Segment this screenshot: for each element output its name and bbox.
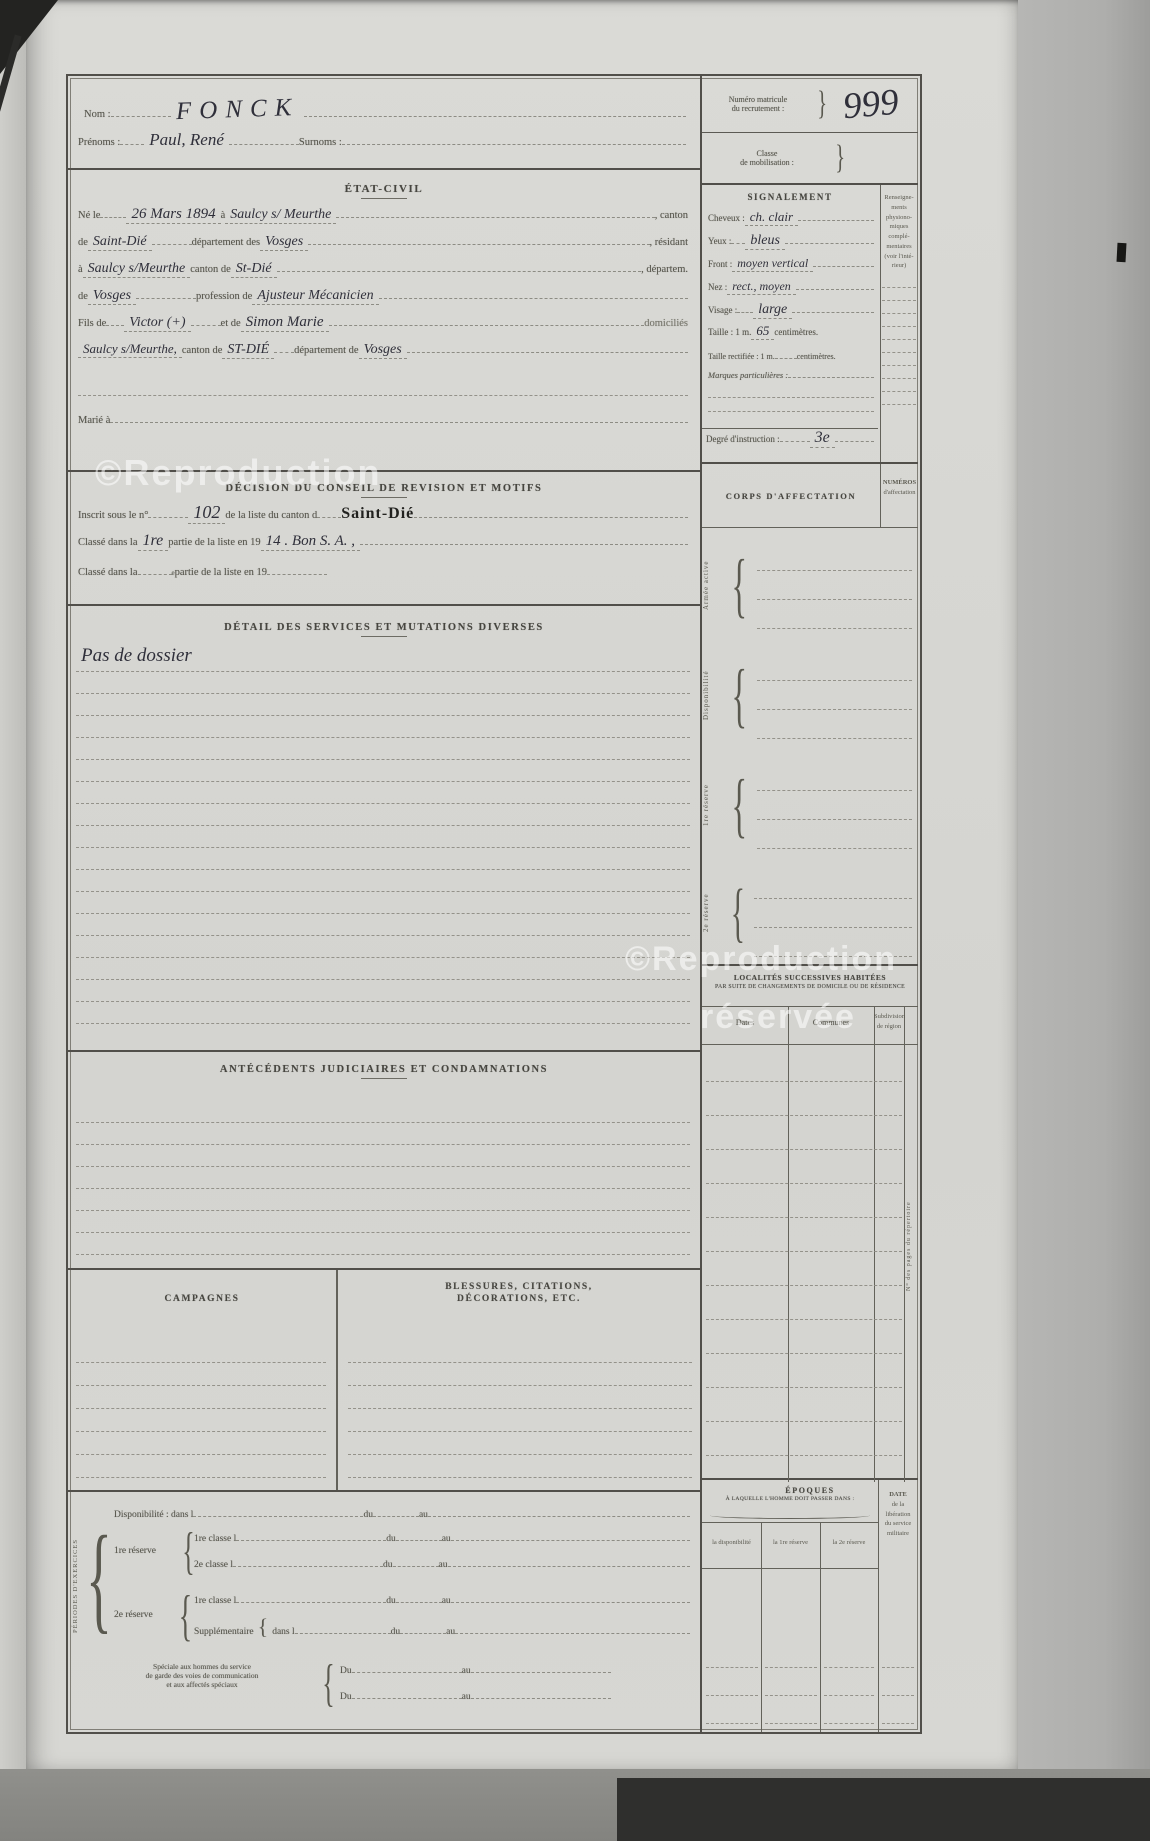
blank-ruled-line: [706, 1320, 902, 1354]
services-section: DÉTAIL DES SERVICES ET MUTATIONS DIVERSE…: [68, 606, 700, 1052]
blank-line: [136, 286, 196, 299]
blessures-header-line1: BLESSURES, CITATIONS,: [338, 1282, 700, 1292]
blank-line: [191, 313, 221, 326]
epoques-curly-rule: [710, 1512, 870, 1519]
campagnes-rows: [76, 1340, 326, 1478]
blank-ruled-line: [882, 301, 916, 314]
taille-unit: centimètres.: [774, 327, 818, 337]
matricule-form: Nom : FONCK Prénoms : Paul, René Surnoms…: [66, 74, 922, 1734]
reserve2-corps-label: 2e réserve: [702, 870, 722, 956]
blank-line: [471, 1686, 611, 1699]
front-label: Front :: [708, 259, 732, 269]
annee-decision-value: 14 . Bon S. A. ,: [261, 533, 360, 551]
blank-ruled-line: [706, 1388, 902, 1422]
scan-bottom-dark-block: [617, 1778, 1150, 1841]
epoques-cell-lines: [824, 1640, 874, 1724]
reserve1-group: 1re réserve { 1re classe l du au 2e clas…: [114, 1528, 690, 1582]
profession-label: profession de: [196, 291, 252, 302]
canton-label: , canton: [655, 210, 688, 221]
blank-ruled-line: [706, 1082, 902, 1116]
blank-ruled-line: [757, 820, 912, 849]
au-label: au: [439, 1560, 448, 1570]
fils-de-label: Fils de: [78, 318, 106, 329]
campagnes-header: CAMPAGNES: [165, 1294, 240, 1304]
au-label: au: [462, 1666, 471, 1676]
epoques-cell-lines: [882, 1640, 914, 1724]
blank-line: [308, 232, 649, 245]
epoques-cell-lines: [765, 1640, 817, 1724]
epoques-cell-lines: [706, 1640, 758, 1724]
reserve2-group: 2e réserve { 1re classe l du au Suppléme…: [114, 1590, 690, 1648]
blank-line: [100, 205, 126, 218]
visage-label: Visage :: [708, 305, 737, 315]
epoques-subtitle: À LAQUELLE L'HOMME DOIT PASSER DANS :: [702, 1496, 878, 1502]
side-note-line: rieur): [882, 261, 916, 271]
domicilies-label: domiciliés: [644, 318, 688, 329]
blank-ruled-line: [757, 600, 912, 629]
blank-ruled-line: [76, 1145, 690, 1167]
taille-rectifiee-unit: centimètres.: [797, 352, 836, 361]
blank-line: [451, 1590, 690, 1603]
blank-ruled-line: [882, 314, 916, 327]
blank-ruled-line: [882, 1640, 914, 1668]
side-note-line: (voir l'inté-: [882, 252, 916, 262]
blank-ruled-line: [757, 791, 912, 820]
departement-label: département des: [192, 237, 261, 248]
disponibilite-label: Disponibilité : dans l: [114, 1510, 193, 1520]
blank-ruled-line: [882, 353, 916, 366]
blank-line: [813, 254, 874, 267]
reserve2-classe1-label: 1re classe l: [194, 1596, 236, 1606]
blank-ruled-line: [706, 1668, 758, 1696]
signalement-side-divider: [880, 185, 881, 462]
name-block: Nom : FONCK Prénoms : Paul, René Surnoms…: [68, 76, 700, 170]
du-label: du: [386, 1534, 396, 1544]
decision-title: DÉCISION DU CONSEIL DE REVISION ET MOTIF…: [68, 483, 700, 494]
corps-body: Armée active { Disponibilité { 1re réser…: [702, 530, 918, 966]
degre-row: Degré d'instruction : 3e: [702, 428, 878, 462]
liste-numero-value: 102: [188, 502, 225, 524]
classe-partie2-label: Classé dans la: [78, 567, 138, 578]
blank-line: [304, 104, 686, 117]
blank-line: [379, 286, 688, 299]
localites-rows: [706, 1048, 902, 1456]
blank-ruled-line: [882, 1668, 914, 1696]
blank-ruled-line: [824, 1696, 874, 1724]
blank-line: [792, 300, 874, 313]
blank-line: [111, 104, 171, 117]
side-note-line: complé-: [882, 232, 916, 242]
epoque-reserve2-header: la 2e réserve: [820, 1538, 878, 1548]
du-label: Du: [340, 1692, 352, 1702]
decision-conseil-section: DÉCISION DU CONSEIL DE REVISION ET MOTIF…: [68, 472, 700, 606]
side-note-line: mentaires: [882, 242, 916, 252]
prenoms-value: Paul, René: [144, 130, 229, 150]
blank-line: [471, 1660, 611, 1673]
blank-ruled-line: [76, 826, 690, 848]
blank-ruled-line: [706, 1048, 902, 1082]
au-label: au: [442, 1534, 451, 1544]
campagnes-table: CAMPAGNES BLESSURES, CITATIONS, DÉCORATI…: [68, 1270, 700, 1492]
blank-line: [407, 340, 688, 353]
blank-ruled-line: [76, 980, 690, 1002]
blank-line: [785, 231, 874, 244]
blank-ruled-line: [706, 1116, 902, 1150]
classe-label-line2: de mobilisation :: [702, 158, 832, 167]
blank-ruled-line: [348, 1386, 692, 1409]
etat-civil-section: ÉTAT-CIVIL Né le 26 Mars 1894 à Saulcy s…: [68, 170, 700, 472]
reserve1-brace: {: [182, 1526, 194, 1578]
visage-value: large: [753, 302, 792, 319]
blessures-header-line2: DÉCORATIONS, ETC.: [338, 1294, 700, 1304]
blank-ruled-line: [757, 571, 912, 600]
date-header-line3: du service militaire: [880, 1519, 916, 1539]
classe-label-line1: Classe: [702, 149, 832, 158]
blank-ruled-line: [882, 340, 916, 353]
blank-ruled-line: [76, 716, 690, 738]
cheveux-label: Cheveux :: [708, 213, 745, 223]
date-header-line2: de la libération: [880, 1500, 916, 1520]
departement-label: département de: [294, 345, 358, 356]
numeros-header-line2: d'affectation: [881, 488, 918, 498]
group-brace: {: [731, 880, 745, 946]
blessures-rows: [348, 1340, 692, 1478]
localites-header-bottomline: [702, 1044, 918, 1045]
blank-ruled-line: [78, 373, 688, 396]
blank-ruled-line: [706, 1286, 902, 1320]
blank-ruled-line: [348, 1432, 692, 1455]
signalement-main: SIGNALEMENT Cheveux :ch. clair Yeux :ble…: [702, 185, 878, 428]
blank-line: [352, 1686, 462, 1699]
blank-ruled-line: [76, 782, 690, 804]
father-value: Victor (+): [124, 315, 190, 332]
antecedents-section: ANTÉCÉDENTS JUDICIAIRES ET CONDAMNATIONS: [68, 1052, 700, 1270]
canton-de-label: canton de: [182, 345, 223, 356]
blank-ruled-line: [765, 1668, 817, 1696]
blank-ruled-line: [706, 1184, 902, 1218]
au-label: au: [442, 1596, 451, 1606]
parents-departement-value: Vosges: [359, 342, 407, 359]
reserve2-brace: {: [179, 1588, 192, 1644]
blank-line: [295, 1621, 391, 1634]
matricule-brace: }: [817, 87, 827, 121]
du-label: du: [363, 1510, 373, 1520]
epoques-header-bottomline: [702, 1568, 878, 1569]
blank-ruled-line: [882, 379, 916, 392]
date-header-line1: DATE: [880, 1490, 916, 1500]
disponibilite-label: Disponibilité: [702, 650, 722, 740]
blank-line: [229, 132, 299, 145]
campagnes-header-cell: CAMPAGNES: [68, 1270, 336, 1328]
residence-canton-value: St-Dié: [231, 261, 277, 278]
blank-line: [396, 1590, 442, 1603]
group-brace: {: [732, 769, 748, 841]
side-note-line: ments: [882, 203, 916, 213]
blank-ruled-line: [348, 1363, 692, 1386]
blank-ruled-line: [824, 1640, 874, 1668]
blank-ruled-line: [706, 1422, 902, 1456]
residence-departement-value: Vosges: [88, 288, 136, 305]
matricule-label: Numéro matricule du recrutement :: [702, 95, 814, 113]
blank-line: [455, 1621, 690, 1634]
communes-header: Communes: [788, 1018, 874, 1027]
epoques-divider2: [820, 1522, 821, 1732]
blank-line: [267, 562, 327, 575]
blank-ruled-line: [76, 870, 690, 892]
matricule-value: 999: [837, 80, 906, 129]
blank-line: [796, 277, 874, 290]
antecedents-title: ANTÉCÉDENTS JUDICIAIRES ET CONDAMNATIONS: [68, 1064, 700, 1075]
blank-ruled-line: [706, 1150, 902, 1184]
localites-title: LOCALITÉS SUCCESSIVES HABITÉES: [702, 973, 918, 982]
blank-ruled-line: [76, 1167, 690, 1189]
side-note-line: physiono-: [882, 213, 916, 223]
service-entry-line: Pas de dossier: [76, 645, 690, 672]
blank-line: [120, 132, 144, 145]
localites-divider3: [904, 1006, 905, 1482]
blank-ruled-line: [76, 1233, 690, 1255]
signalement-side-note: Renseigne- ments physiono- miques complé…: [882, 193, 916, 405]
au-label: au: [446, 1627, 455, 1637]
taille-value: 65: [751, 323, 774, 340]
blank-ruled-line: [882, 392, 916, 405]
note-line3: et aux affectés spéciaux: [94, 1680, 310, 1689]
blank-ruled-line: [757, 681, 912, 710]
etat-civil-title: ÉTAT-CIVIL: [68, 183, 700, 195]
blank-ruled-line: [76, 1363, 326, 1386]
note-text: Spéciale aux hommes du service de garde …: [94, 1662, 310, 1689]
de-label: de: [78, 237, 88, 248]
blank-ruled-line: [76, 1123, 690, 1145]
ne-le-label: Né le: [78, 210, 100, 221]
blank-line: [193, 1504, 363, 1517]
du-label: du: [386, 1596, 396, 1606]
blank-ruled-line: [882, 327, 916, 340]
blank-line: [393, 1554, 439, 1567]
blank-ruled-line: [76, 1409, 326, 1432]
nom-value: FONCK: [170, 94, 304, 127]
signalement-title: SIGNALEMENT: [702, 192, 878, 202]
blank-ruled-line: [76, 1455, 326, 1478]
blank-line: [414, 505, 688, 518]
yeux-label: Yeux :: [708, 236, 731, 246]
blank-ruled-line: [882, 275, 916, 288]
blank-line: [451, 1528, 690, 1541]
dates-header: Dates: [702, 1018, 788, 1027]
classe-brace: }: [835, 141, 845, 175]
blank-line: [110, 410, 688, 423]
nez-label: Nez :: [708, 282, 727, 292]
blank-line: [236, 1590, 386, 1603]
taille-label: Taille : 1 m.: [708, 327, 751, 337]
note-brace: {: [322, 1658, 334, 1710]
date-column-header: DATE de la libération du service militai…: [880, 1490, 916, 1539]
parents-residence-value: Saulcy s/Meurthe,: [78, 341, 182, 358]
blank-ruled-line: [708, 384, 874, 398]
blank-ruled-line: [882, 288, 916, 301]
note-line1: Spéciale aux hommes du service: [94, 1662, 310, 1671]
blank-line: [835, 429, 874, 442]
blank-line: [731, 231, 745, 244]
corps-header-cell: CORPS D'AFFECTATION: [702, 464, 880, 528]
blank-line: [788, 365, 874, 378]
du-label: Du: [340, 1666, 352, 1676]
blank-line: [236, 1528, 386, 1541]
blank-ruled-line: [765, 1696, 817, 1724]
du-label: du: [391, 1627, 401, 1637]
reserve1-classe2-label: 2e classe l: [194, 1560, 233, 1570]
blank-line: [277, 259, 642, 272]
epoques-table: ÉPOQUES À LAQUELLE L'HOMME DOIT PASSER D…: [702, 1480, 918, 1732]
side-note-line: Renseigne-: [882, 193, 916, 203]
au-label: au: [419, 1510, 428, 1520]
marques-label: Marques particulières :: [708, 370, 788, 380]
localites-subtitle: PAR SUITE DE CHANGEMENTS DE DOMICILE OU …: [702, 984, 918, 990]
departement-value: Vosges: [260, 234, 308, 251]
epoques-header-topline: [702, 1522, 878, 1523]
blank-ruled-line: [76, 1101, 690, 1123]
disponibilite-row: Disponibilité : dans l du au: [114, 1504, 690, 1520]
blank-line: [360, 532, 688, 545]
services-title: DÉTAIL DES SERVICES ET MUTATIONS DIVERSE…: [68, 622, 700, 633]
birthdate-value: 26 Mars 1894: [126, 206, 220, 224]
blank-ruled-line: [754, 928, 912, 957]
blank-ruled-line: [348, 1409, 692, 1432]
blank-line: [152, 232, 192, 245]
periodes-side-label: PÉRIODES D'EXERCICES: [72, 1506, 79, 1666]
blank-ruled-line: [76, 1432, 326, 1455]
blank-ruled-line: [76, 936, 690, 958]
blank-ruled-line: [76, 892, 690, 914]
corps-affectation-table: CORPS D'AFFECTATION NUMÉROS d'affectatio…: [702, 462, 918, 964]
blank-ruled-line: [882, 1696, 914, 1724]
corps-group-armee-active: Armée active {: [702, 530, 918, 640]
date-col-divider: [878, 1480, 879, 1732]
blank-line: [775, 346, 797, 359]
degre-value: 3e: [810, 429, 835, 448]
matricule-block: Numéro matricule du recrutement : } 999: [702, 76, 918, 133]
du-label: du: [383, 1560, 393, 1570]
blank-line: [138, 562, 172, 575]
supp-dans-label: dans l: [272, 1627, 294, 1637]
corps-group-disponibilite: Disponibilité {: [702, 640, 918, 750]
blank-ruled-line: [76, 1189, 690, 1211]
blank-ruled-line: [76, 1340, 326, 1363]
blank-line: [317, 505, 341, 518]
profession-value: Ajusteur Mécanicien: [252, 288, 378, 305]
blank-line: [373, 1504, 419, 1517]
blank-ruled-line: [76, 958, 690, 980]
supp-brace: {: [258, 1616, 269, 1638]
numeros-header-cell: NUMÉROS d'affectation: [880, 464, 918, 528]
blank-ruled-line: [757, 710, 912, 739]
blank-ruled-line: [754, 870, 912, 899]
liste-canton-label: de la liste du canton d: [225, 510, 317, 521]
blank-ruled-line: [76, 1211, 690, 1233]
epoque-disponibilite-header: la disponibilité: [702, 1538, 761, 1548]
blank-ruled-line: [76, 672, 690, 694]
blank-ruled-line: [708, 398, 874, 412]
partie-liste-label: partie de la liste en 19: [168, 537, 260, 548]
blank-line: [352, 1660, 462, 1673]
service-special-note: Spéciale aux hommes du service de garde …: [94, 1658, 690, 1722]
blank-ruled-line: [754, 899, 912, 928]
reserve1-classe1-label: 1re classe l: [194, 1534, 236, 1544]
marie-label: Marié à: [78, 415, 110, 426]
subdivision-header: Subdivision de région: [874, 1012, 904, 1032]
matricule-label-line1: Numéro matricule: [702, 95, 814, 104]
blank-ruled-line: [757, 652, 912, 681]
blank-ruled-line: [706, 1640, 758, 1668]
scan-right-background: [1018, 0, 1150, 1769]
book-page-edge: [0, 0, 26, 1769]
parents-canton-value: ST-DIÉ: [222, 342, 274, 359]
et-de-label: et de: [221, 318, 241, 329]
blank-line: [448, 1554, 690, 1567]
surnoms-label: Surnoms :: [299, 137, 342, 148]
armee-active-label: Armée active: [702, 540, 722, 630]
residence-value: Saulcy s/Meurthe: [83, 261, 191, 278]
birthplace-value: Saulcy s/ Meurthe: [225, 207, 336, 224]
group-brace: {: [732, 659, 748, 731]
blank-ruled-line: [706, 1696, 758, 1724]
blank-ruled-line: [706, 1218, 902, 1252]
reserve1-corps-label: 1re réserve: [702, 760, 722, 850]
side-note-line: miques: [882, 222, 916, 232]
scanned-military-record: Nom : FONCK Prénoms : Paul, René Surnoms…: [0, 0, 1150, 1841]
nom-label: Nom :: [84, 109, 111, 120]
classe-partie-label: Classé dans la: [78, 537, 138, 548]
blank-ruled-line: [76, 760, 690, 782]
service-entry-value: Pas de dossier: [76, 645, 197, 666]
blank-line: [342, 132, 686, 145]
supplementaire-label: Supplémentaire: [194, 1627, 254, 1637]
canton-de-label: canton de: [190, 264, 231, 275]
blessures-header-cell: BLESSURES, CITATIONS, DÉCORATIONS, ETC.: [338, 1270, 700, 1328]
blank-ruled-line: [76, 914, 690, 936]
localites-table: LOCALITÉS SUCCESSIVES HABITÉES PAR SUITE…: [702, 964, 918, 1480]
blank-line: [274, 340, 294, 353]
departement-label: , départem.: [641, 264, 688, 275]
group-brace: {: [732, 549, 748, 621]
blank-ruled-line: [348, 1455, 692, 1478]
epoque-reserve1-header: la 1re réserve: [761, 1538, 820, 1548]
localites-side-label: N° des pages du répertoire: [906, 1056, 912, 1436]
blank-ruled-line: [76, 738, 690, 760]
blank-line: [780, 429, 810, 442]
blank-line: [737, 300, 753, 313]
blank-ruled-line: [757, 762, 912, 791]
page-edge-mark: [1117, 243, 1127, 262]
localites-header-topline: [702, 1006, 918, 1007]
prenoms-label: Prénoms :: [78, 137, 120, 148]
partie-liste2-label: partie de la liste en 19: [175, 567, 267, 578]
blank-line: [106, 313, 124, 326]
blank-line: [148, 505, 188, 518]
note-line2: de garde des voies de communication: [94, 1671, 310, 1680]
blank-line: [798, 208, 874, 221]
blank-ruled-line: [76, 694, 690, 716]
numeros-header-line1: NUMÉROS: [881, 478, 918, 488]
taille-rectifiee-label: Taille rectifiée : 1 m.: [708, 352, 775, 361]
mother-value: Simon Marie: [241, 314, 329, 332]
blank-line: [233, 1554, 383, 1567]
nez-value: rect., moyen: [727, 279, 796, 295]
blank-ruled-line: [824, 1668, 874, 1696]
matricule-label-line2: du recrutement :: [702, 104, 814, 113]
classe-label: Classe de mobilisation :: [702, 149, 832, 167]
signalement-section: SIGNALEMENT Cheveux :ch. clair Yeux :ble…: [702, 185, 918, 462]
